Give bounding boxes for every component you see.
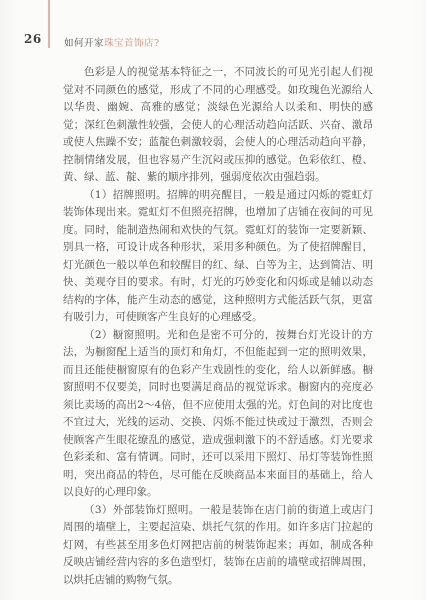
running-head: 如何开家珠宝首饰店? bbox=[64, 35, 160, 49]
book-page: 26 如何开家珠宝首饰店? 色彩是人的视觉基本特征之一，不同波长的可见光引起人们… bbox=[0, 0, 426, 600]
paragraph-4: （3）外部装饰灯照明。一般是装饰在店门前的街道上或店门周围的墙壁上，主要起渲染、… bbox=[63, 502, 373, 590]
body-text-block: 色彩是人的视觉基本特征之一，不同波长的可见光引起人们视觉对不同颜色的感觉，形成了… bbox=[63, 64, 373, 589]
page-number: 26 bbox=[24, 32, 42, 46]
page-header: 26 如何开家珠宝首饰店? bbox=[0, 0, 426, 50]
paragraph-3: （2）橱窗照明。光和色是密不可分的，按舞台灯光设计的方法，为橱窗配上适当的顶灯和… bbox=[63, 327, 373, 502]
paragraph-2: （1）招牌照明。招牌的明亮醒目，一般是通过闪烁的霓虹灯装饰体现出来。霓虹灯不但照… bbox=[63, 187, 373, 327]
running-head-highlight: 珠宝首饰店? bbox=[104, 38, 160, 49]
paragraph-1: 色彩是人的视觉基本特征之一，不同波长的可见光引起人们视觉对不同颜色的感觉，形成了… bbox=[63, 64, 373, 187]
running-head-prefix: 如何开家 bbox=[64, 38, 104, 49]
header-divider-rule bbox=[48, 0, 50, 48]
